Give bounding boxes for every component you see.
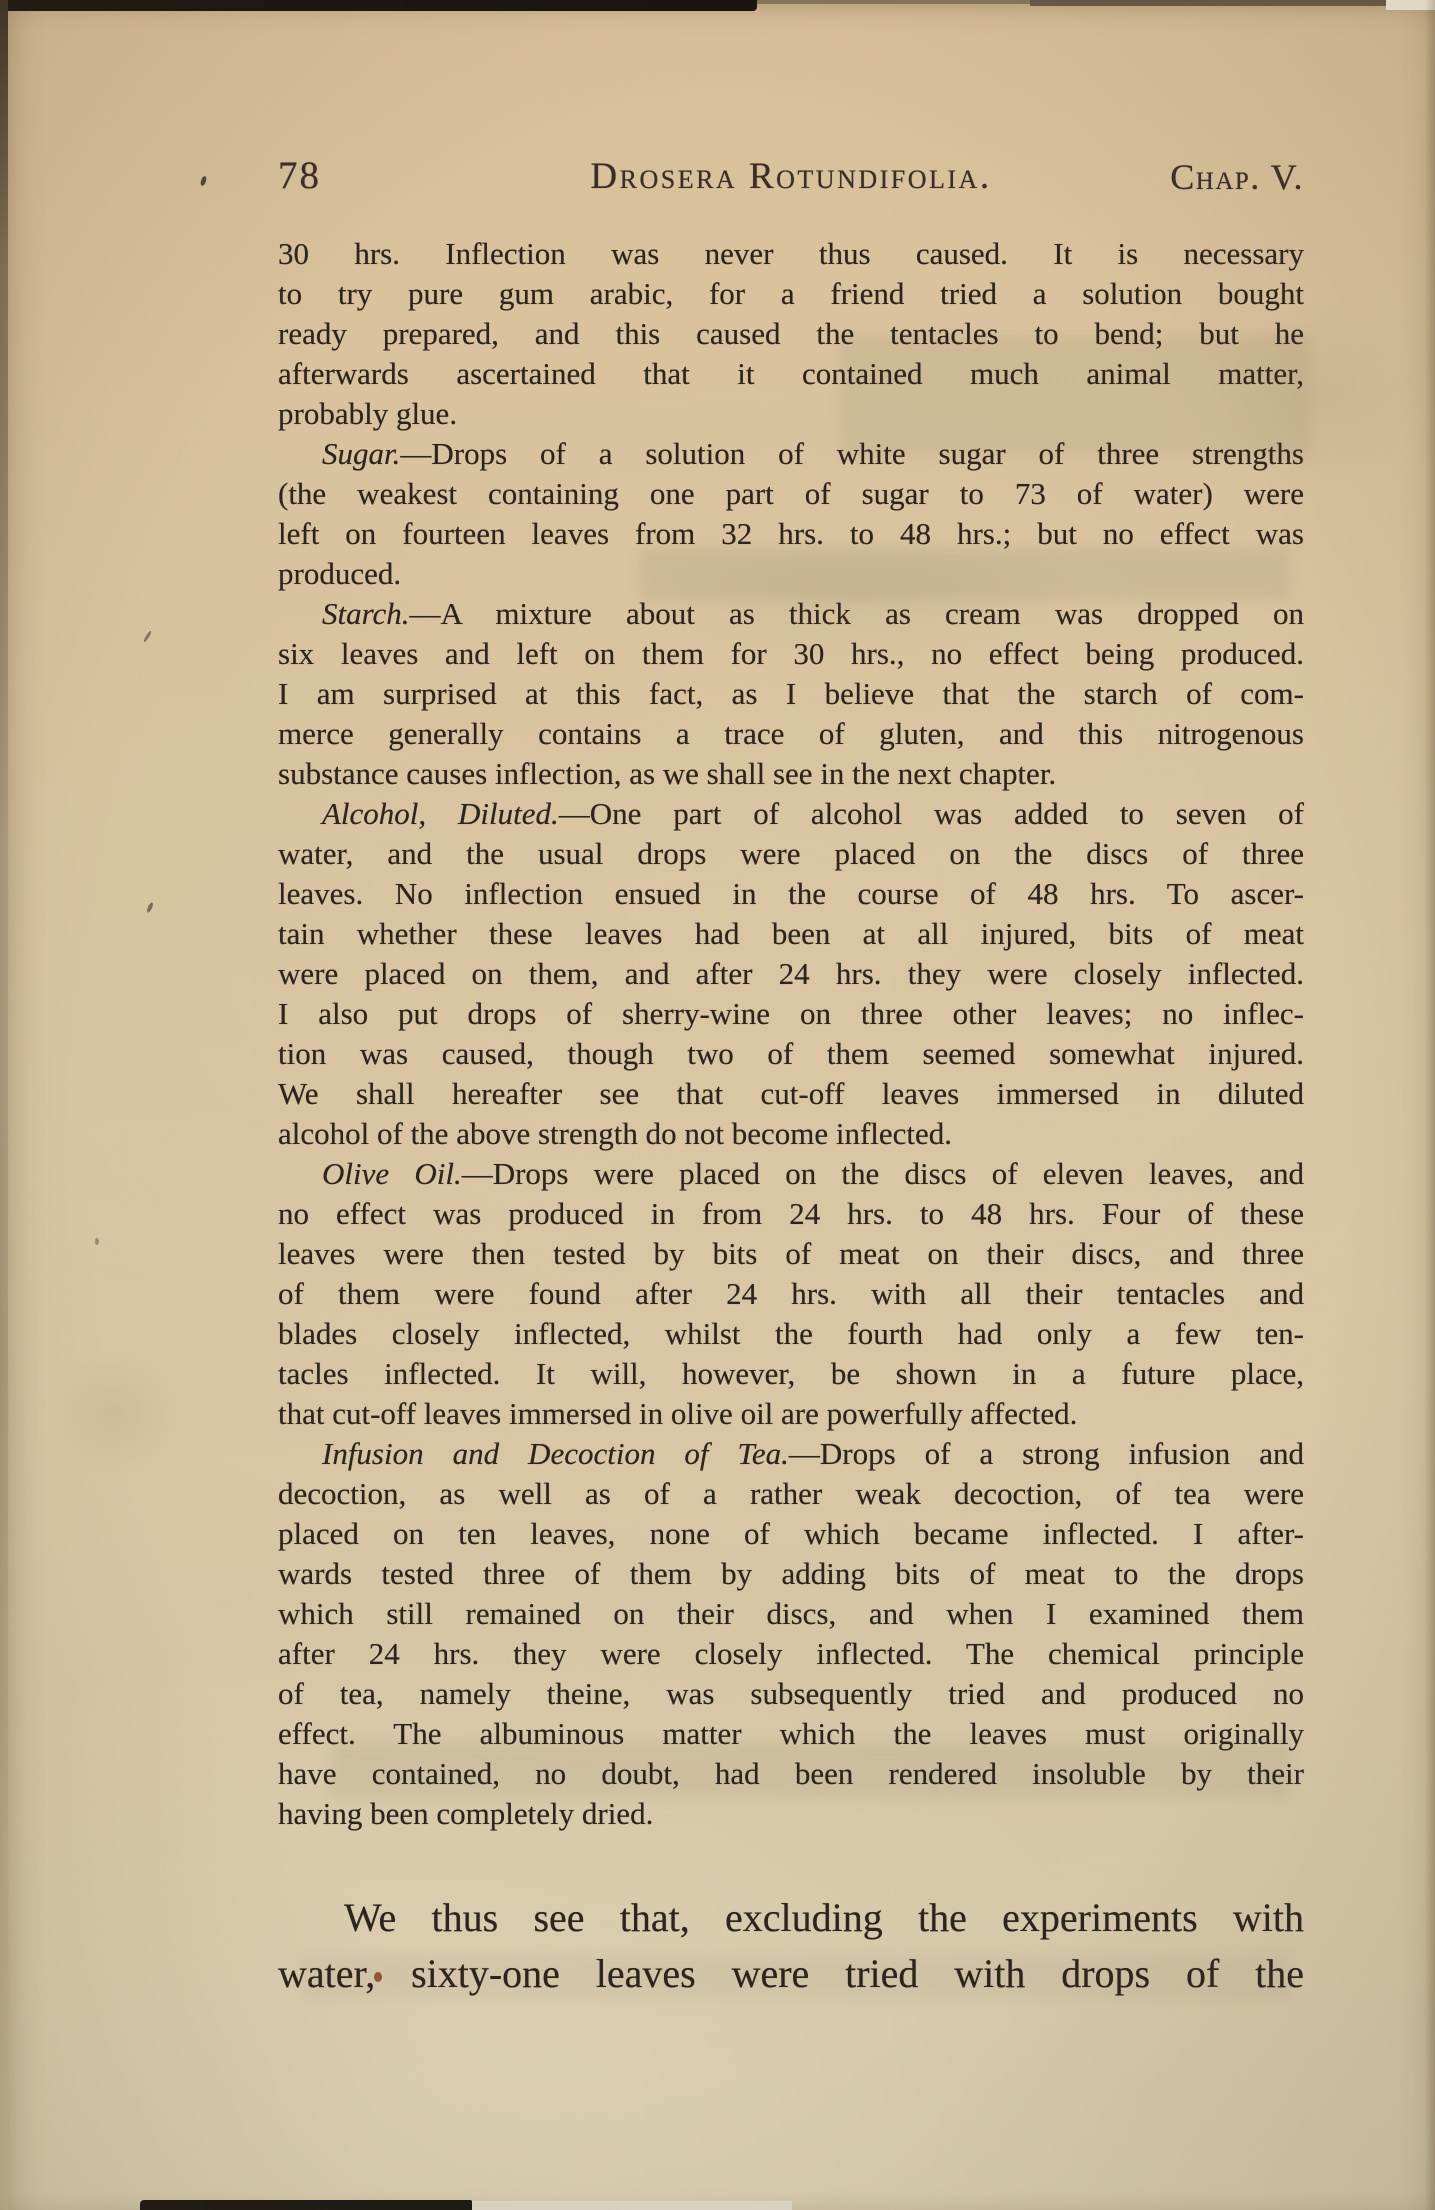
paragraph: Olive Oil.—Drops were placed on the disc… (278, 1154, 1304, 1434)
chapter-label: Chap. V. (1170, 156, 1304, 198)
paragraph: Alcohol, Diluted.—One part of alcohol wa… (278, 794, 1304, 1154)
text-line: Sugar.—Drops of a solution of white suga… (278, 434, 1304, 474)
scan-edge-artifact-top (1030, 0, 1390, 6)
text-line: were placed on them, and after 24 hrs. t… (278, 954, 1304, 994)
text-line: alcohol of the above strength do not bec… (278, 1114, 1304, 1154)
text-line: effect. The albuminous matter which the … (278, 1714, 1304, 1754)
text-line: Olive Oil.—Drops were placed on the disc… (278, 1154, 1304, 1194)
text-line: water, sixty-one leaves were tried with … (278, 1946, 1304, 2002)
text-line: I also put drops of sherry-wine on three… (278, 994, 1304, 1034)
paper-speck (200, 175, 208, 186)
paper-speck (143, 630, 152, 643)
text-line: to try pure gum arabic, for a friend tri… (278, 274, 1304, 314)
text-line: leaves were then tested by bits of meat … (278, 1234, 1304, 1274)
text-line: six leaves and left on them for 30 hrs.,… (278, 634, 1304, 674)
text-line: placed on ten leaves, none of which beca… (278, 1514, 1304, 1554)
book-page: 78 Drosera Rotundifolia. Chap. V. 30 hrs… (0, 0, 1435, 2210)
page-edge-shadow (1425, 0, 1435, 2210)
paper-speck (146, 902, 154, 914)
italic-term: Sugar. (322, 436, 400, 471)
text-line: after 24 hrs. they were closely inflecte… (278, 1634, 1304, 1674)
page-gutter-shadow (0, 0, 8, 2210)
text-line: ready prepared, and this caused the tent… (278, 314, 1304, 354)
text-line: of them were found after 24 hrs. with al… (278, 1274, 1304, 1314)
text-line: wards tested three of them by adding bit… (278, 1554, 1304, 1594)
paragraph: 30 hrs. Inflection was never thus caused… (278, 234, 1304, 434)
running-title: Drosera Rotundifolia. (590, 155, 991, 198)
paragraph: Infusion and Decoction of Tea.—Drops of … (278, 1434, 1304, 1834)
paragraph: We thus see that, excluding the experime… (278, 1890, 1304, 2002)
text-line: probably glue. (278, 394, 1304, 434)
text-line: substance causes inflection, as we shall… (278, 754, 1304, 794)
page-number: 78 (278, 153, 321, 198)
italic-term: Starch. (322, 596, 410, 631)
text-line: tion was caused, though two of them seem… (278, 1034, 1304, 1074)
text-line: that cut-off leaves immersed in olive oi… (278, 1394, 1304, 1434)
text-line: produced. (278, 554, 1304, 594)
text-line: which still remained on their discs, and… (278, 1594, 1304, 1634)
text-line: water, and the usual drops were placed o… (278, 834, 1304, 874)
italic-term: Infusion and Decoction of Tea. (322, 1436, 789, 1471)
text-line: merce generally contains a trace of glut… (278, 714, 1304, 754)
page-text: 30 hrs. Inflection was never thus caused… (278, 234, 1304, 2002)
text-line: blades closely inflected, whilst the fou… (278, 1314, 1304, 1354)
text-line: Infusion and Decoction of Tea.—Drops of … (278, 1434, 1304, 1474)
text-line: having been completely dried. (278, 1794, 1304, 1834)
paragraph: Starch.—A mixture about as thick as crea… (278, 594, 1304, 794)
text-line: We shall hereafter see that cut-off leav… (278, 1074, 1304, 1114)
italic-term: Olive Oil. (322, 1156, 462, 1191)
scan-edge-artifact-bottom (472, 2201, 792, 2210)
page-header: 78 Drosera Rotundifolia. Chap. V. (278, 152, 1304, 198)
text-line: decoction, as well as of a rather weak d… (278, 1474, 1304, 1514)
text-line: tacles inflected. It will, however, be s… (278, 1354, 1304, 1394)
scan-edge-artifact-top (757, 0, 1030, 4)
scan-edge-artifact-top (0, 0, 757, 11)
scan-edge-artifact-bottom (140, 2200, 472, 2210)
text-line: of tea, namely theine, was subsequently … (278, 1674, 1304, 1714)
text-line: I am surprised at this fact, as I believ… (278, 674, 1304, 714)
text-line: (the weakest containing one part of suga… (278, 474, 1304, 514)
paragraph: Sugar.—Drops of a solution of white suga… (278, 434, 1304, 594)
italic-term: Alcohol, Diluted. (322, 796, 559, 831)
text-line: We thus see that, excluding the experime… (278, 1890, 1304, 1946)
text-line: no effect was produced in from 24 hrs. t… (278, 1194, 1304, 1234)
text-line: 30 hrs. Inflection was never thus caused… (278, 234, 1304, 274)
text-line: left on fourteen leaves from 32 hrs. to … (278, 514, 1304, 554)
text-line: afterwards ascertained that it contained… (278, 354, 1304, 394)
paper-speck (95, 1238, 99, 1245)
text-line: Starch.—A mixture about as thick as crea… (278, 594, 1304, 634)
text-line: have contained, no doubt, had been rende… (278, 1754, 1304, 1794)
text-line: Alcohol, Diluted.—One part of alcohol wa… (278, 794, 1304, 834)
text-line: tain whether these leaves had been at al… (278, 914, 1304, 954)
text-line: leaves. No inflection ensued in the cour… (278, 874, 1304, 914)
